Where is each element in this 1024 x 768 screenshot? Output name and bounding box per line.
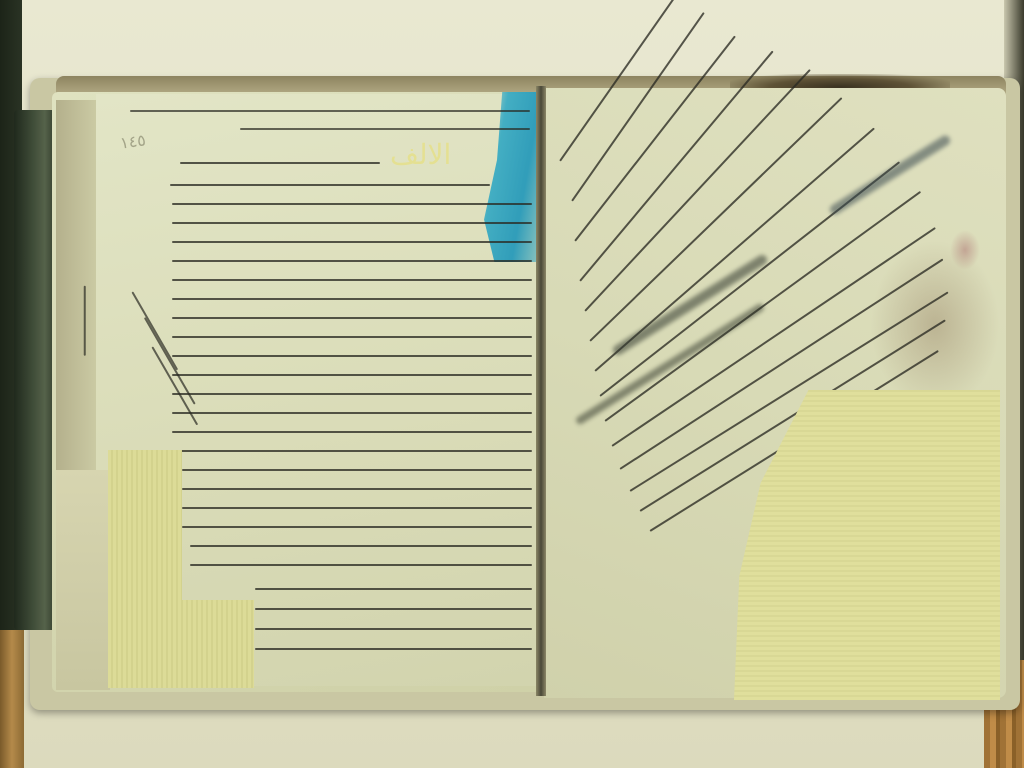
- red-stain: [950, 230, 980, 270]
- handwritten-line: [190, 545, 532, 547]
- book-gutter: [536, 86, 546, 696]
- handwritten-line: [255, 648, 532, 650]
- handwritten-line: [172, 393, 532, 395]
- handwritten-line: [172, 336, 532, 338]
- handwritten-line: [172, 241, 532, 243]
- handwritten-line: [172, 431, 532, 433]
- handwritten-line: [172, 203, 532, 205]
- handwritten-line: [172, 412, 532, 414]
- handwritten-line: [170, 184, 490, 186]
- handwritten-line: [255, 588, 532, 590]
- handwritten-line: [172, 450, 532, 452]
- handwritten-line: [172, 279, 532, 281]
- torn-leaf-left: [56, 470, 110, 690]
- handwritten-line: [180, 162, 380, 164]
- handwritten-line: [182, 488, 532, 490]
- page-number: ١٤٥: [119, 130, 147, 152]
- paper-repair-patch-left-bottom: [108, 600, 254, 688]
- wooden-edge-left: [0, 630, 24, 768]
- handwritten-line: [255, 608, 532, 610]
- handwritten-line: [172, 298, 532, 300]
- handwritten-line: [240, 128, 530, 130]
- handwritten-line: [182, 469, 532, 471]
- handwritten-line: [190, 564, 532, 566]
- handwritten-line: [172, 260, 532, 262]
- handwritten-line: [172, 317, 532, 319]
- handwritten-line: [182, 507, 532, 509]
- handwritten-line: [172, 374, 532, 376]
- handwritten-line: [130, 110, 530, 112]
- handwritten-line: [172, 222, 532, 224]
- chapter-heading: الالف: [390, 138, 451, 171]
- handwritten-line: [255, 628, 532, 630]
- handwritten-line: [172, 355, 532, 357]
- handwritten-line: [182, 526, 532, 528]
- margin-note: [84, 286, 86, 356]
